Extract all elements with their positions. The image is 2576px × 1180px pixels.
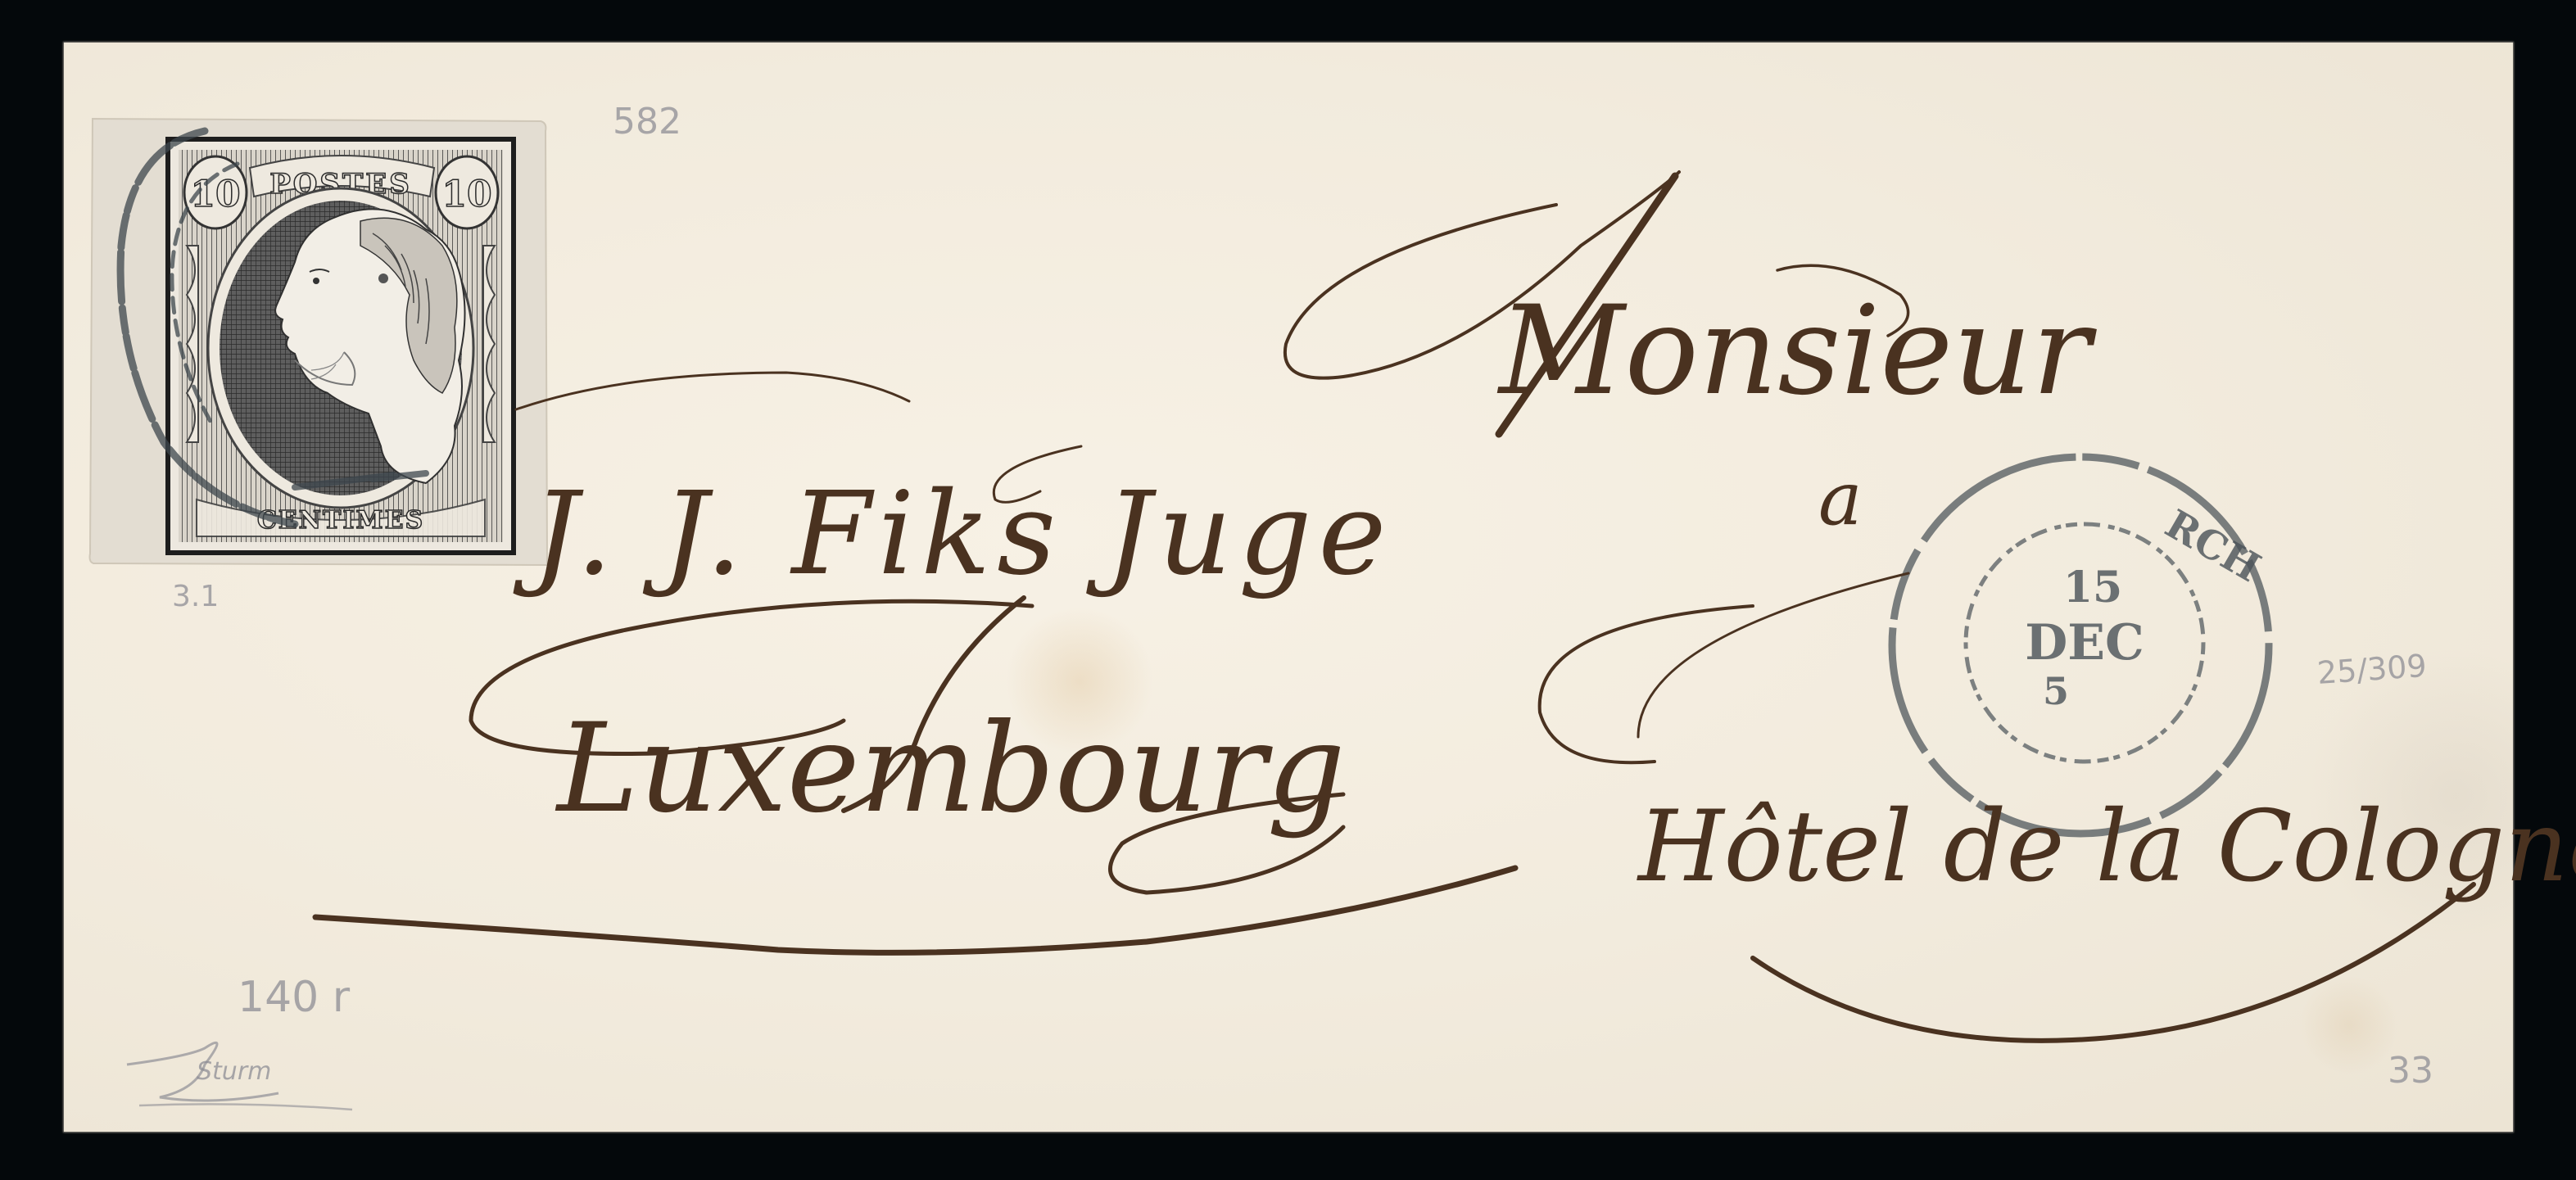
pencil-note-right: 25/309 [2316, 648, 2428, 691]
cover-artwork: 10 10 POSTES CENTIMES [0, 0, 2576, 1180]
pencil-note-bottom-right: 33 [2388, 1050, 2433, 1092]
address-hotel: Hôtel de la Cologne [1637, 790, 2576, 904]
address-salutation: Monsieur [1496, 280, 2098, 423]
address-name: J. J. Fiks Juge [513, 468, 1392, 601]
stamp-value-right: 10 [441, 174, 491, 215]
pencil-signature-text: Sturm [197, 1057, 271, 1086]
value-medallion-right: 10 [436, 156, 498, 228]
postmark-day: 15 [2063, 563, 2122, 613]
handwritten-address: Monsieur J. J. Fiks Juge a Luxembourg Hô… [315, 172, 2576, 1041]
pencil-note-bottom-left: 140 r [238, 973, 351, 1022]
pencil-signature: Sturm [127, 1042, 352, 1110]
postmark: RCH 15 DEC 5 [1892, 457, 2269, 834]
value-medallion-left: 10 [184, 156, 247, 228]
postmark-year: 5 [2043, 669, 2069, 713]
address-name-suffix: a [1818, 456, 1863, 542]
pencil-note-under-stamp: 3.1 [172, 580, 219, 613]
postmark-month: DEC [2025, 614, 2144, 671]
postage-stamp: 10 10 POSTES CENTIMES [90, 119, 548, 565]
address-city: Luxembourg [555, 698, 1345, 840]
pencil-note-top: 582 [613, 101, 681, 142]
